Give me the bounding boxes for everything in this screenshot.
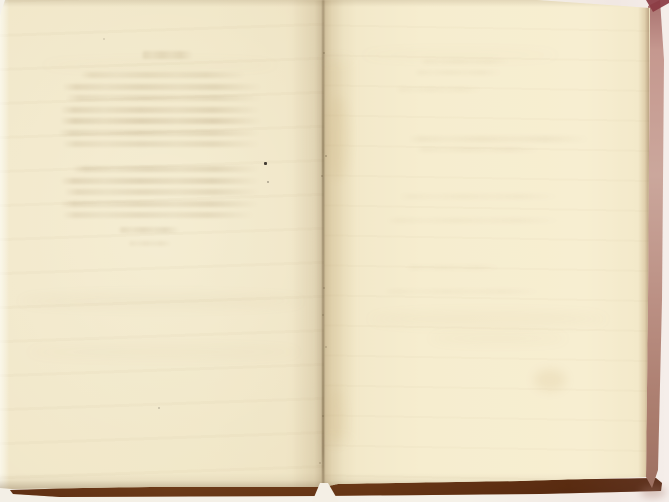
gutter-speck — [319, 462, 321, 464]
gutter-speck — [325, 346, 327, 348]
gutter-speck — [323, 287, 325, 289]
book-pages — [0, 0, 669, 502]
gutter-speck — [321, 175, 323, 177]
corner-shadow — [640, 486, 666, 498]
gutter-speck — [322, 314, 324, 316]
gutter-speck — [325, 155, 327, 157]
book-scan — [0, 0, 669, 502]
gutter-speck — [323, 52, 325, 54]
gutter-marks — [0, 0, 669, 502]
gutter-speck — [322, 415, 324, 417]
